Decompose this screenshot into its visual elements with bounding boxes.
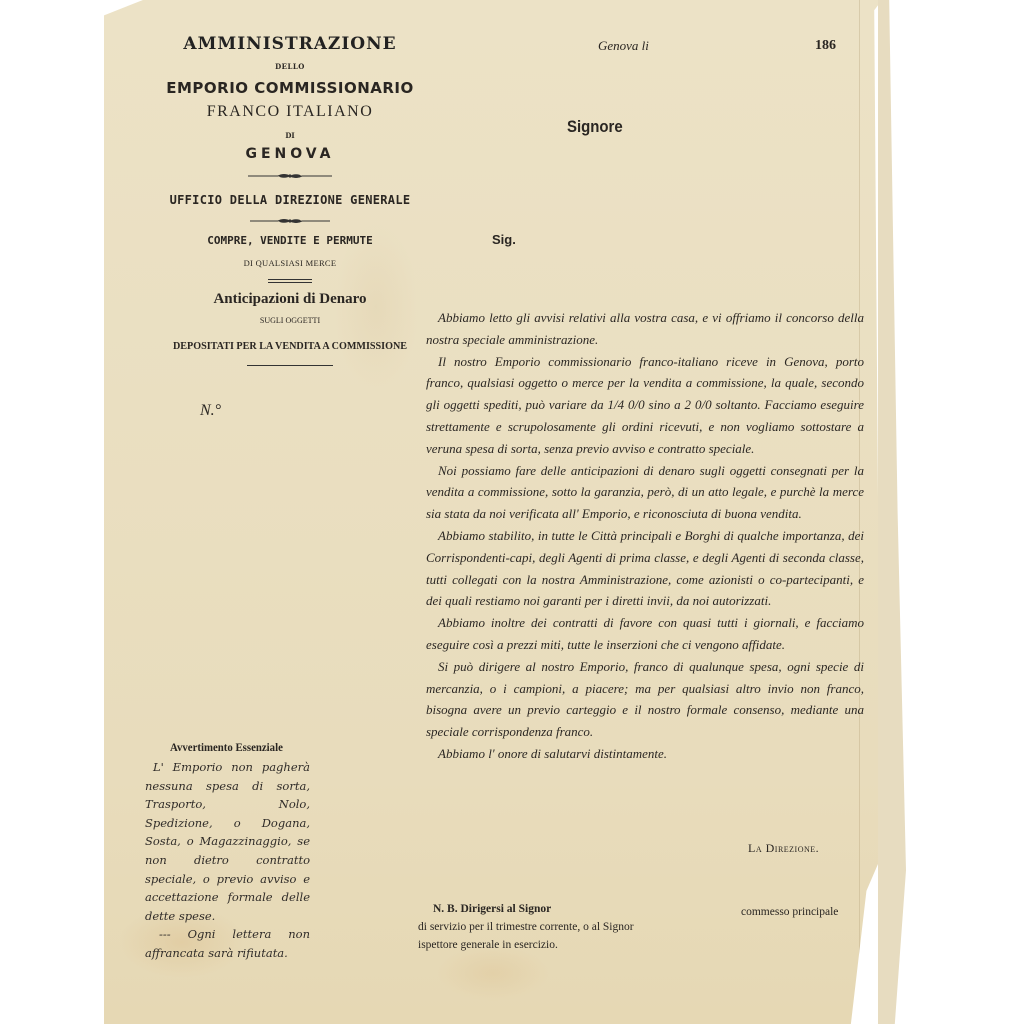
- body-paragraph: Abbiamo l' onore di salutarvi distintame…: [426, 743, 864, 765]
- nb-line: di servizio per il trimestre corrente, o…: [418, 918, 718, 936]
- nb-line: N. B. Dirigersi al Signor: [418, 900, 718, 918]
- body-paragraph: Il nostro Emporio commissionario franco-…: [426, 351, 864, 460]
- letterhead-compre: COMPRE, VENDITE E PERMUTE: [140, 234, 440, 247]
- letterhead-depositati: DEPOSITATI PER LA VENDITA A COMMISSIONE: [152, 340, 428, 352]
- number-label: N.°: [200, 402, 221, 420]
- letterhead-city: GENOVA: [140, 146, 440, 162]
- letterhead-ufficio: UFFICIO DELLA DIREZIONE GENERALE: [140, 193, 440, 207]
- letterhead-sugli: SUGLI OGGETTI: [140, 316, 440, 325]
- place-date-field: Genova li: [598, 38, 649, 54]
- warning-footer: --- Ogni lettera non affrancata sarà rif…: [145, 925, 310, 962]
- letterhead-qualsiasi: DI QUALSIASI MERCE: [140, 258, 440, 268]
- signature: La Direzione.: [748, 841, 819, 856]
- letterhead-anticipazioni: Anticipazioni di Denaro: [140, 291, 440, 308]
- body-paragraph: Abbiamo stabilito, in tutte le Città pri…: [426, 525, 864, 612]
- body-paragraph: Si può dirigere al nostro Emporio, franc…: [426, 656, 864, 743]
- ornament-divider-icon: [140, 217, 440, 225]
- body-paragraph: Abbiamo letto gli avvisi relativi alla v…: [426, 307, 864, 351]
- letterhead-di: DI: [140, 131, 440, 140]
- letter-body: Abbiamo letto gli avvisi relativi alla v…: [426, 307, 864, 765]
- body-paragraph: Abbiamo inoltre dei contratti di favore …: [426, 612, 864, 656]
- nb-commesso: commesso principale: [741, 906, 838, 918]
- year-field: 186: [815, 38, 836, 54]
- salutation: Signore: [567, 117, 623, 137]
- torn-edge: [878, 0, 906, 1024]
- rule-divider: [140, 365, 440, 366]
- nota-bene: N. B. Dirigersi al Signor di servizio pe…: [418, 900, 718, 954]
- letterhead-dello: DELLO: [140, 62, 440, 71]
- letterhead-franco: FRANCO ITALIANO: [140, 103, 440, 121]
- nb-line: ispettore generale in esercizio.: [418, 936, 718, 954]
- warning-paragraph: L' Emporio non pagherà nessuna spesa di …: [145, 758, 310, 925]
- ornament-divider-icon: [140, 172, 440, 180]
- letterhead-emporio: EMPORIO COMMISSIONARIO: [140, 79, 440, 97]
- warning-title: Avvertimento Essenziale: [170, 740, 283, 755]
- double-rule-divider: [140, 279, 440, 283]
- letterhead-title: AMMINISTRAZIONE: [140, 34, 440, 54]
- addressee-label: Sig.: [492, 232, 516, 247]
- body-paragraph: Noi possiamo fare delle anticipazioni di…: [426, 460, 864, 525]
- warning-text: L' Emporio non pagherà nessuna spesa di …: [145, 758, 310, 963]
